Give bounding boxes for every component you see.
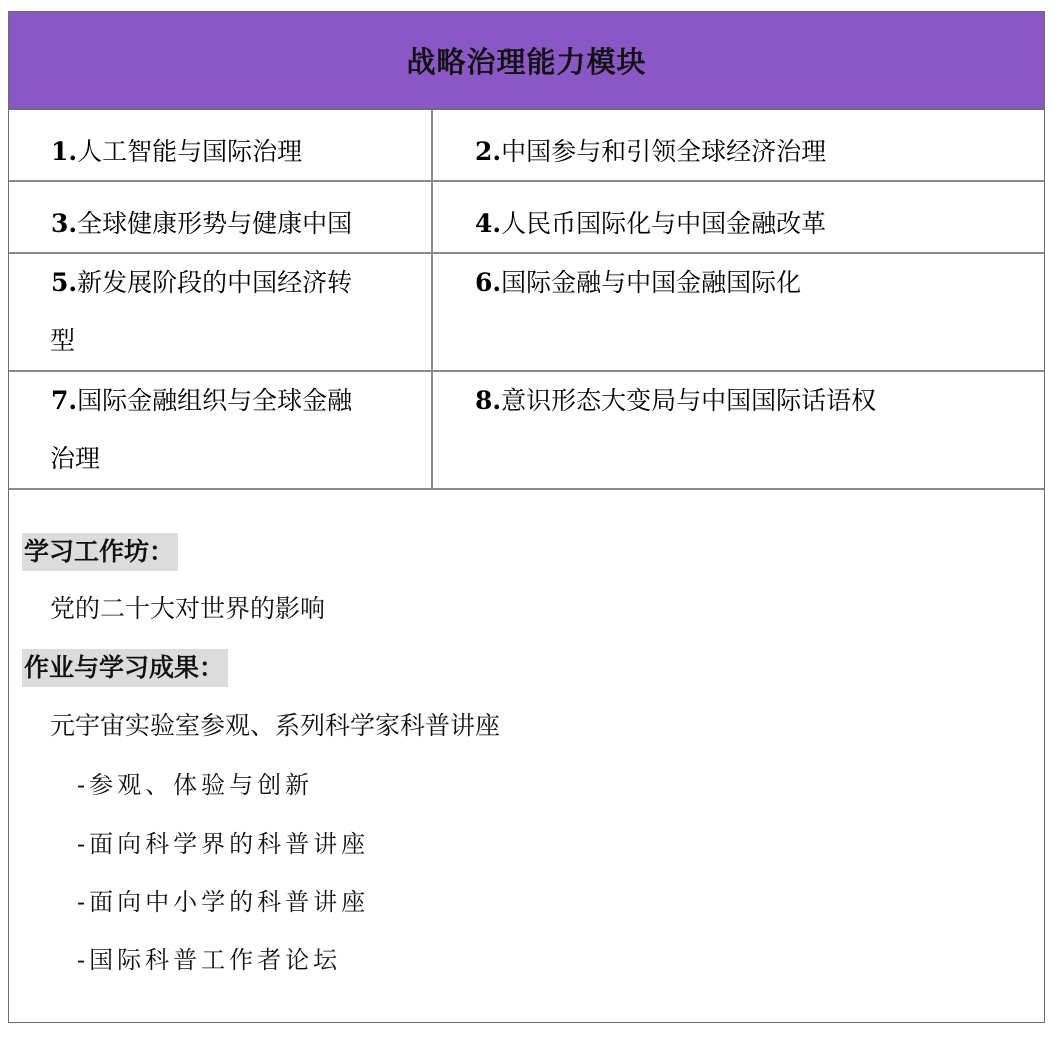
course-title: 新发展阶段的中国经济转: [77, 268, 352, 297]
course-number: 1.: [51, 137, 77, 166]
course-cell-7: 7.国际金融组织与全球金融 治理: [9, 372, 433, 490]
course-title: 意识形态大变局与中国国际话语权: [501, 386, 876, 415]
course-cell-4: 4.人民币国际化与中国金融改革: [433, 182, 1044, 254]
course-number: 7.: [51, 386, 77, 415]
course-number: 4.: [475, 209, 501, 238]
outcome-sub-item: -面向中小学的科普讲座: [77, 884, 369, 920]
workshop-content: 党的二十大对世界的影响: [50, 591, 325, 627]
workshop-label: 学习工作坊：: [22, 533, 178, 571]
course-title-continued: 型: [50, 326, 75, 355]
outcome-sub-item: -参观、体验与创新: [77, 767, 313, 803]
course-number: 8.: [475, 386, 501, 415]
outcome-sub-item: -国际科普工作者论坛: [77, 942, 341, 978]
course-cell-5: 5.新发展阶段的中国经济转 型: [9, 254, 433, 372]
module-header: 战略治理能力模块: [9, 12, 1044, 110]
course-cell-2: 2.中国参与和引领全球经济治理: [433, 110, 1044, 182]
course-title: 中国参与和引领全球经济治理: [501, 137, 826, 166]
module-title: 战略治理能力模块: [406, 40, 646, 81]
outcomes-content: 元宇宙实验室参观、系列科学家科普讲座: [50, 708, 500, 744]
course-title: 国际金融与中国金融国际化: [501, 268, 801, 297]
course-number: 6.: [475, 268, 501, 297]
course-cell-6: 6.国际金融与中国金融国际化: [433, 254, 1044, 372]
course-number: 5.: [51, 268, 77, 297]
strategic-governance-module-table: 战略治理能力模块 1.人工智能与国际治理 2.中国参与和引领全球经济治理 3.全…: [8, 11, 1045, 1023]
course-title: 人工智能与国际治理: [77, 137, 302, 166]
course-number: 3.: [51, 209, 77, 238]
outcomes-label: 作业与学习成果：: [22, 649, 228, 687]
course-cell-1: 1.人工智能与国际治理: [9, 110, 433, 182]
outcome-sub-item: -面向科学界的科普讲座: [77, 826, 369, 862]
course-title: 全球健康形势与健康中国: [77, 209, 352, 238]
course-title: 国际金融组织与全球金融: [77, 386, 352, 415]
course-title: 人民币国际化与中国金融改革: [501, 209, 826, 238]
course-cell-3: 3.全球健康形势与健康中国: [9, 182, 433, 254]
module-course-grid: 1.人工智能与国际治理 2.中国参与和引领全球经济治理 3.全球健康形势与健康中…: [9, 110, 1044, 490]
activities-section: 学习工作坊： 党的二十大对世界的影响 作业与学习成果： 元宇宙实验室参观、系列科…: [9, 490, 1044, 1022]
course-cell-8: 8.意识形态大变局与中国国际话语权: [433, 372, 1044, 490]
course-number: 2.: [475, 137, 501, 166]
course-title-continued: 治理: [50, 444, 100, 473]
